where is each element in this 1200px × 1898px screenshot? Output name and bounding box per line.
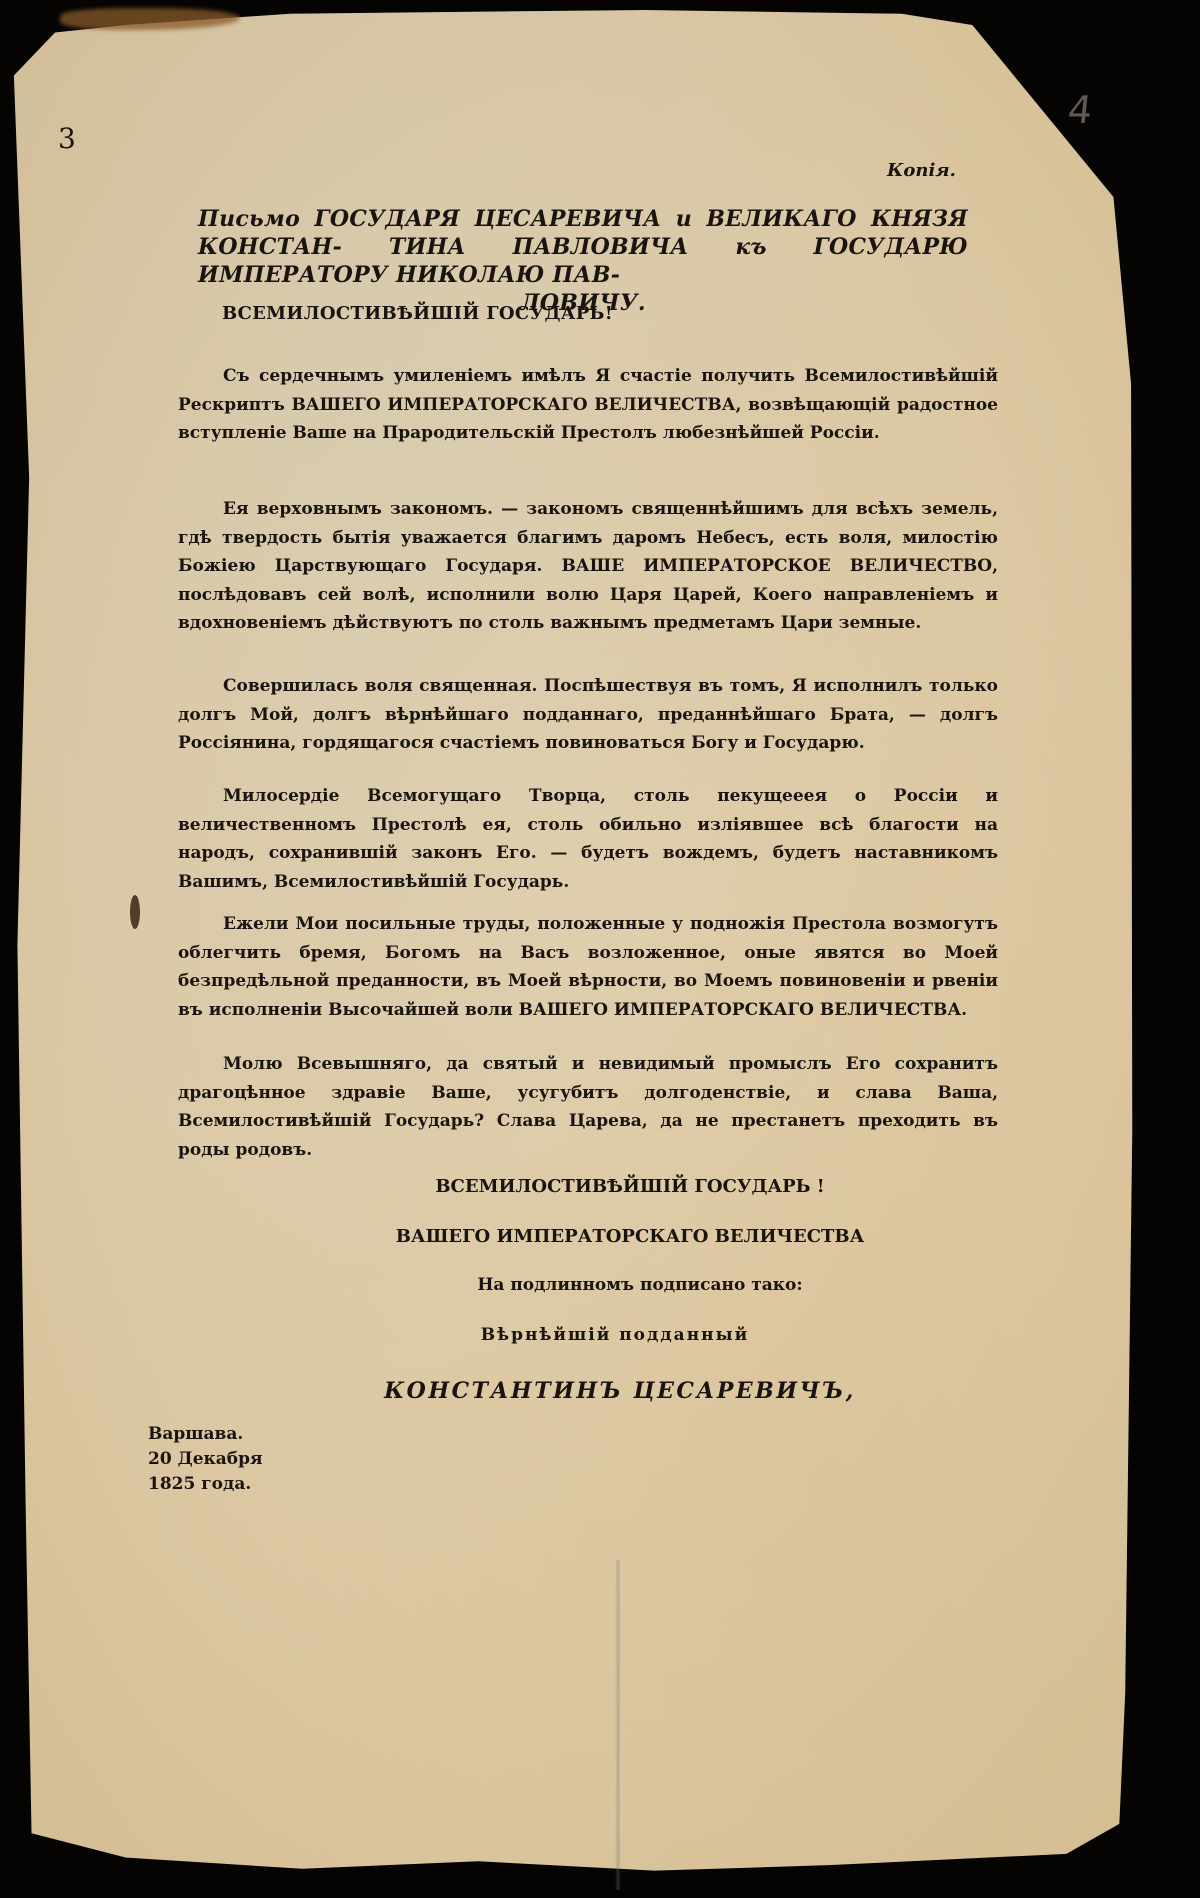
paragraph: Совершилась воля священная. Поспѣшествуя… — [178, 672, 998, 758]
pencil-page-number: 4 — [1066, 88, 1095, 132]
document-title: Письмо ГОСУДАРЯ ЦЕСАРЕВИЧА и ВЕЛИКАГО КН… — [198, 205, 968, 317]
place-date: Варшава. 20 Декабря 1825 года. — [148, 1422, 263, 1497]
place-date-day: 20 Декабря — [148, 1447, 263, 1472]
place-city: Варшава. — [148, 1422, 263, 1447]
copy-label: Копія. — [887, 160, 956, 181]
ink-blot — [130, 895, 140, 929]
place-date-year: 1825 года. — [148, 1472, 263, 1497]
salutation: ВСЕМИЛОСТИВѢЙШІЙ ГОСУДАРЬ! — [222, 303, 613, 324]
closing-majesty: ВАШЕГО ИМПЕРАТОРСКАГО ВЕЛИЧЕСТВА — [0, 1226, 1200, 1247]
closing-salutation: ВСЕМИЛОСТИВѢЙШІЙ ГОСУДАРЬ ! — [0, 1176, 1200, 1197]
paragraph: Молю Всевышняго, да святый и невидимый п… — [178, 1050, 998, 1164]
margin-mark: 3 — [58, 122, 76, 155]
closing-subject: Вѣрнѣйшій подданный — [0, 1325, 1200, 1345]
paragraph: Ежели Мои посильные труды, положенные у … — [178, 910, 998, 1024]
paragraph: Милосердіе Всемогущаго Творца, столь пек… — [178, 782, 998, 896]
paragraph: Ея верховнымъ закономъ. — закономъ свяще… — [178, 495, 998, 638]
paragraph: Съ сердечнымъ умиленіемъ имѣлъ Я счастіе… — [178, 362, 998, 448]
closing-note: На подлинномъ подписано тако: — [0, 1275, 1200, 1295]
fold-crease — [615, 1560, 621, 1890]
signature: КОНСТАНТИНЪ ЦЕСАРЕВИЧЪ, — [0, 1378, 1200, 1404]
